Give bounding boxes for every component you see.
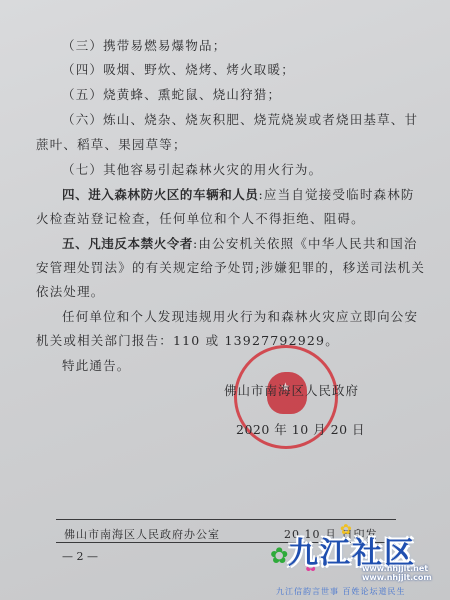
watermark-logo: ✿ ✿ ✿ 九江社区 www.nhjjlt.net www.nhjjlt.com… [270,528,450,600]
section-5-text-cont: 安管理处罚法》的有关规定给予处罚;涉嫌犯罪的，移送司法机关 [36,260,425,276]
section-5-text-cont: 依法处理。 [36,284,105,300]
flower-icon: ✿ [270,544,288,569]
section-4: 四、进入森林防火区的车辆和人员:应当自觉接受临时森林防 [62,187,415,203]
list-item: （四）吸烟、野炊、烧烤、烤火取暖； [62,62,295,78]
footer-issuer: 佛山市南海区人民政府办公室 [64,526,220,542]
signature-date: 2020 年 10 月 20 日 [236,420,365,438]
watermark-url: www.nhjjlt.net [362,564,432,573]
list-item-continuation: 蔗叶、稻草、果园草等； [36,137,187,153]
section-4-text-cont: 火检查站登记检查，任何单位和个人不得拒绝、阻碍。 [36,211,365,227]
watermark-url: www.nhjjlt.com [362,573,432,582]
watermark-urls: www.nhjjlt.net www.nhjjlt.com [362,564,432,582]
signature-org: 佛山市南海区人民政府 [224,381,359,399]
list-item: （三）携带易燃易爆物品； [62,38,226,54]
section-5: 五、凡违反本禁火令者:由公安机关依照《中华人民共和国治 [62,236,418,252]
closing-text: 特此通告。 [62,358,131,374]
section-5-text: :由公安机关依照《中华人民共和国治 [193,236,418,251]
page-number: — 2 — [62,550,98,563]
list-item: （五）烧黄蜂、熏蛇鼠、烧山狩猎； [62,87,281,103]
section-5-heading: 五、凡违反本禁火令者 [62,236,193,251]
watermark-slogan: 九江信韵言世事 百姓论坛道民生 [276,586,406,597]
list-item: （七）其他容易引起森林火灾的用火行为。 [62,162,322,178]
footer-rule-top [56,519,396,520]
report-text: 任何单位和个人发现违规用火行为和森林火灾应立即向公安 [62,309,418,325]
section-4-text: :应当自觉接受临时森林防 [259,187,415,202]
section-4-heading: 四、进入森林防火区的车辆和人员 [62,187,259,202]
list-item: （六）炼山、烧杂、烧灰积肥、烧荒烧炭或者烧田基草、甘 [62,112,418,128]
